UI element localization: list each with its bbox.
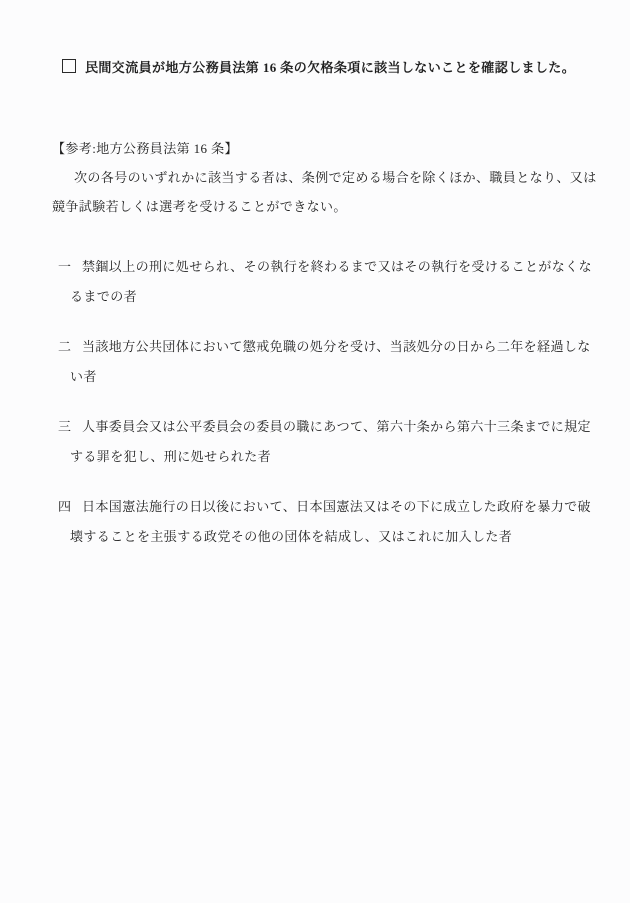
item-first-line: 二当該地方公共団体において懲戒免職の処分を受け、当該処分の日から二年を経過しな <box>52 332 590 362</box>
item-number: 一 <box>58 252 82 282</box>
item-continuation-line: るまでの者 <box>52 282 590 312</box>
item-continuation-line: する罪を犯し、刑に処せられた者 <box>52 442 590 472</box>
item-text: 人事委員会又は公平委員会の委員の職にあつて、第六十条から第六十三条までに規定 <box>82 419 591 434</box>
item-number: 三 <box>58 412 82 442</box>
list-item: 三人事委員会又は公平委員会の委員の職にあつて、第六十条から第六十三条までに規定 … <box>52 412 590 471</box>
reference-section: 【参考:地方公務員法第 16 条】 次の各号のいずれかに該当する者は、条例で定め… <box>52 134 590 221</box>
item-continuation-line: 壊することを主張する政党その他の団体を結成し、又はこれに加入した者 <box>52 522 590 552</box>
confirmation-text: 民間交流員が地方公務員法第 16 条の欠格条項に該当しないことを確認しました。 <box>85 60 575 75</box>
confirmation-checkbox[interactable] <box>62 59 76 73</box>
item-number: 四 <box>58 492 82 522</box>
item-first-line: 四日本国憲法施行の日以後において、日本国憲法又はその下に成立した政府を暴力で破 <box>52 492 590 522</box>
reference-body-line: 次の各号のいずれかに該当する者は、条例で定める場合を除くほか、職員となり、又は <box>52 163 590 192</box>
confirmation-row: 民間交流員が地方公務員法第 16 条の欠格条項に該当しないことを確認しました。 <box>62 58 590 78</box>
item-continuation-line: い者 <box>52 362 590 392</box>
disqualification-list: 一禁錮以上の刑に処せられ、その執行を終わるまで又はその執行を受けることがなくな … <box>52 252 590 551</box>
reference-heading: 【参考:地方公務員法第 16 条】 <box>52 134 590 163</box>
list-item: 二当該地方公共団体において懲戒免職の処分を受け、当該処分の日から二年を経過しな … <box>52 332 590 391</box>
document-page: 民間交流員が地方公務員法第 16 条の欠格条項に該当しないことを確認しました。 … <box>0 0 630 903</box>
item-text: 日本国憲法施行の日以後において、日本国憲法又はその下に成立した政府を暴力で破 <box>82 499 591 514</box>
list-item: 四日本国憲法施行の日以後において、日本国憲法又はその下に成立した政府を暴力で破 … <box>52 492 590 551</box>
list-item: 一禁錮以上の刑に処せられ、その執行を終わるまで又はその執行を受けることがなくな … <box>52 252 590 311</box>
item-number: 二 <box>58 332 82 362</box>
item-text: 当該地方公共団体において懲戒免職の処分を受け、当該処分の日から二年を経過しな <box>82 339 591 354</box>
document-content: 民間交流員が地方公務員法第 16 条の欠格条項に該当しないことを確認しました。 … <box>0 0 630 551</box>
item-text: 禁錮以上の刑に処せられ、その執行を終わるまで又はその執行を受けることがなくな <box>82 259 592 274</box>
item-first-line: 一禁錮以上の刑に処せられ、その執行を終わるまで又はその執行を受けることがなくな <box>52 252 590 282</box>
item-first-line: 三人事委員会又は公平委員会の委員の職にあつて、第六十条から第六十三条までに規定 <box>52 412 590 442</box>
reference-body-line: 競争試験若しくは選考を受けることができない。 <box>52 192 590 221</box>
